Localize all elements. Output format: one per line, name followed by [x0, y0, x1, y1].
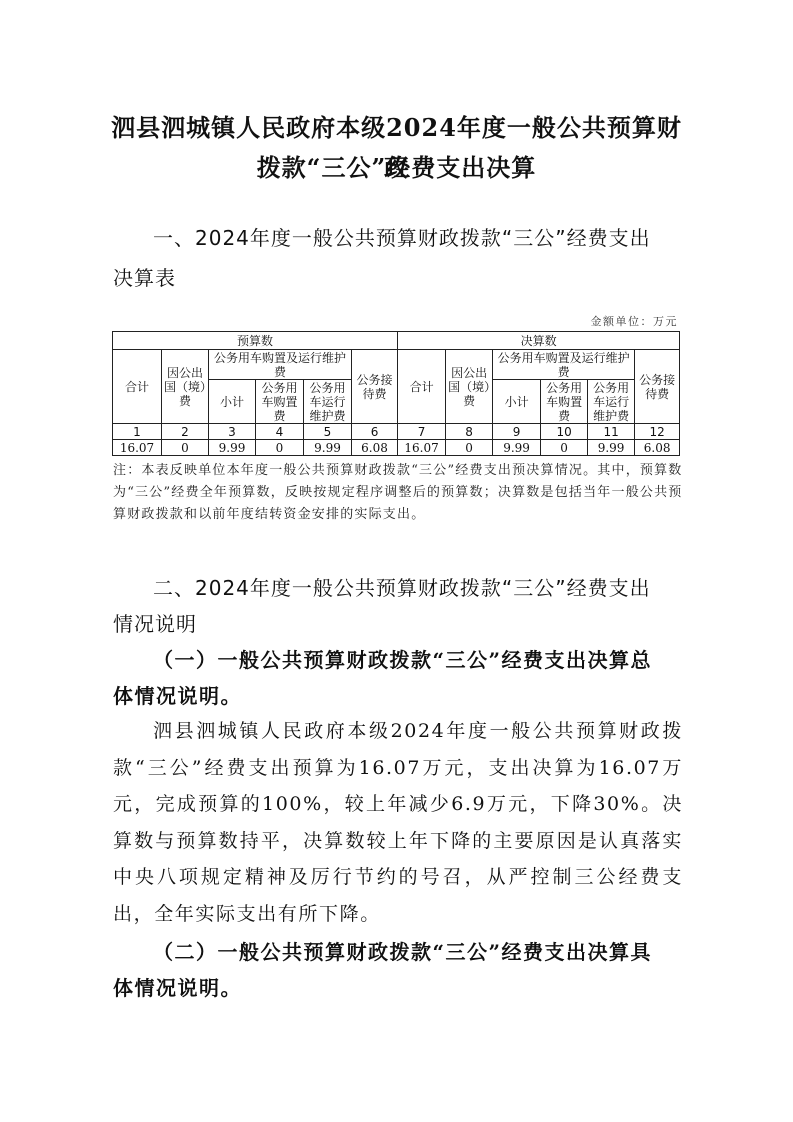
header-subtotal-final: 小计	[493, 380, 541, 424]
index-cell: 6	[352, 424, 398, 440]
header-vehicle-purchase-budget: 公务用车购置费	[256, 380, 304, 424]
index-row: 1 2 3 4 5 6 7 8 9 10 11 12	[113, 424, 680, 440]
subsection2-heading-line2: 体情况说明。	[113, 968, 683, 1008]
group-header-final: 决算数	[398, 332, 680, 350]
subsection1-heading-line2: 体情况说明。	[113, 676, 683, 716]
value-cell: 6.08	[352, 440, 398, 456]
three-public-expenses-table: 预算数 决算数 合计 因公出国（境）费 公务用车购置及运行维护费 公务接待费 合…	[112, 331, 680, 456]
index-cell: 12	[635, 424, 680, 440]
section1-heading-line2: 决算表	[113, 258, 683, 298]
value-cell: 9.99	[209, 440, 256, 456]
header-reception-final: 公务接待费	[635, 350, 680, 424]
value-cell: 9.99	[304, 440, 352, 456]
header-vehicle-purchase-final: 公务用车购置费	[541, 380, 588, 424]
value-cell: 9.99	[588, 440, 635, 456]
index-cell: 1	[113, 424, 162, 440]
header-abroad-budget: 因公出国（境）费	[162, 350, 209, 424]
group-header-budget: 预算数	[113, 332, 398, 350]
index-cell: 5	[304, 424, 352, 440]
header-reception-budget: 公务接待费	[352, 350, 398, 424]
index-cell: 9	[493, 424, 541, 440]
index-cell: 4	[256, 424, 304, 440]
header-abroad-final: 因公出国（境）费	[446, 350, 493, 424]
header-total-budget: 合计	[113, 350, 162, 424]
document-page: 泗县泗城镇人民政府本级2024年度一般公共预算财政 拨款“三公”经费支出决算 一…	[0, 0, 793, 1122]
value-cell: 0	[162, 440, 209, 456]
header-subtotal-budget: 小计	[209, 380, 256, 424]
document-title-line2: 拨款“三公”经费支出决算	[100, 148, 693, 188]
index-cell: 8	[446, 424, 493, 440]
section2-heading-line1: 二、2024年度一般公共预算财政拨款“三公”经费支出	[113, 568, 683, 608]
index-cell: 7	[398, 424, 446, 440]
index-cell: 11	[588, 424, 635, 440]
overall-explanation-paragraph: 泗县泗城镇人民政府本级2024年度一般公共预算财政拨款“三公”经费支出预算为16…	[113, 713, 683, 932]
value-cell: 16.07	[113, 440, 162, 456]
value-cell: 0	[446, 440, 493, 456]
index-cell: 10	[541, 424, 588, 440]
value-cell: 0	[256, 440, 304, 456]
header-vehicle-group-budget: 公务用车购置及运行维护费	[209, 350, 352, 380]
header-vehicle-operation-budget: 公务用车运行维护费	[304, 380, 352, 424]
table-note: 注：本表反映单位本年度一般公共预算财政拨款“三公”经费支出预决算情况。其中，预算…	[113, 460, 683, 526]
header-vehicle-group-final: 公务用车购置及运行维护费	[493, 350, 635, 380]
data-row: 16.07 0 9.99 0 9.99 6.08 16.07 0 9.99 0 …	[113, 440, 680, 456]
value-cell: 6.08	[635, 440, 680, 456]
unit-label: 金额单位：万元	[540, 313, 678, 329]
section2-heading-line2: 情况说明	[113, 604, 683, 644]
section1-heading-line1: 一、2024年度一般公共预算财政拨款“三公”经费支出	[113, 218, 683, 258]
subsection2-heading-line1: （二）一般公共预算财政拨款“三公”经费支出决算具	[113, 932, 683, 972]
header-total-final: 合计	[398, 350, 446, 424]
subsection1-heading-line1: （一）一般公共预算财政拨款“三公”经费支出决算总	[113, 640, 683, 680]
index-cell: 2	[162, 424, 209, 440]
value-cell: 0	[541, 440, 588, 456]
header-vehicle-operation-final: 公务用车运行维护费	[588, 380, 635, 424]
value-cell: 9.99	[493, 440, 541, 456]
index-cell: 3	[209, 424, 256, 440]
value-cell: 16.07	[398, 440, 446, 456]
